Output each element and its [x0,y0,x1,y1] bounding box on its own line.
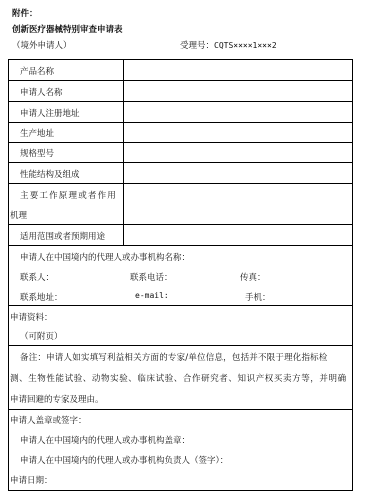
remarks-line-2: 测、生物性能试验、动物实验、临床试验、合作研究者、知识产权买卖方等，并明确 [10,372,347,384]
registered-address-field[interactable] [125,102,351,122]
product-name-field[interactable] [125,60,351,80]
receipt-label: 受理号： [180,41,214,51]
materials-label: 申请资料： [10,311,53,323]
structure-composition-label: 性能结构及组成 [20,168,80,180]
working-principle-label-cont: 机理 [10,209,27,221]
applicant-name-field[interactable] [125,81,351,101]
working-principle-label: 主要工作原理或者作用 [20,189,117,201]
mobile-label: 手机： [245,291,271,303]
email-label: e-mail: [135,291,169,300]
agent-name-label: 申请人在中国境内的代理人或办事机构名称： [20,251,190,263]
contact-person-label: 联系人： [20,271,54,283]
application-date-label: 申请日期： [10,474,53,486]
production-address-label: 生产地址 [20,127,54,139]
agent-head-sign-label: 申请人在中国境内的代理人或办事机构负责人（签字）： [20,454,228,466]
production-address-field[interactable] [125,123,351,142]
structure-composition-field[interactable] [125,163,351,183]
remarks-line-1: 备注：申请人如实填写利益相关方面的专家/单位信息，包括并不限于理化指标检 [20,351,328,363]
intended-use-field[interactable] [125,225,351,245]
intended-use-label: 适用范围或者预期用途 [20,230,105,242]
receipt-number: CQTS××××1×××2 [214,41,277,50]
form-title: 创新医疗器械特别审查申请表 [12,23,123,35]
table-bottom-border [8,490,353,491]
product-name-label: 产品名称 [20,65,54,77]
applicant-type: （境外申请人） [12,39,72,51]
row-divider [8,245,353,246]
row-divider [8,409,353,410]
receipt-number-field: 受理号：CQTS××××1×××2 [180,39,277,51]
contact-address-label: 联系地址： [20,291,63,303]
table-left-border [8,59,9,491]
model-spec-field[interactable] [125,143,351,162]
materials-note: （可附页） [20,330,63,342]
column-divider [123,59,124,245]
working-principle-field[interactable] [125,184,351,224]
applicant-seal-label: 申请人盖章或签字： [10,414,87,426]
remarks-line-3: 申请回避的专家及理由。 [10,393,104,405]
table-right-border [352,59,353,491]
row-divider [8,345,353,346]
fax-label: 传真： [240,271,266,283]
row-divider [8,305,353,306]
attachment-label: 附件： [12,7,38,19]
agent-seal-label: 申请人在中国境内的代理人或办事机构盖章： [20,434,190,446]
model-spec-label: 规格型号 [20,147,54,159]
contact-phone-label: 联系电话： [130,271,173,283]
applicant-name-label: 申请人名称 [20,86,63,98]
registered-address-label: 申请人注册地址 [20,107,80,119]
